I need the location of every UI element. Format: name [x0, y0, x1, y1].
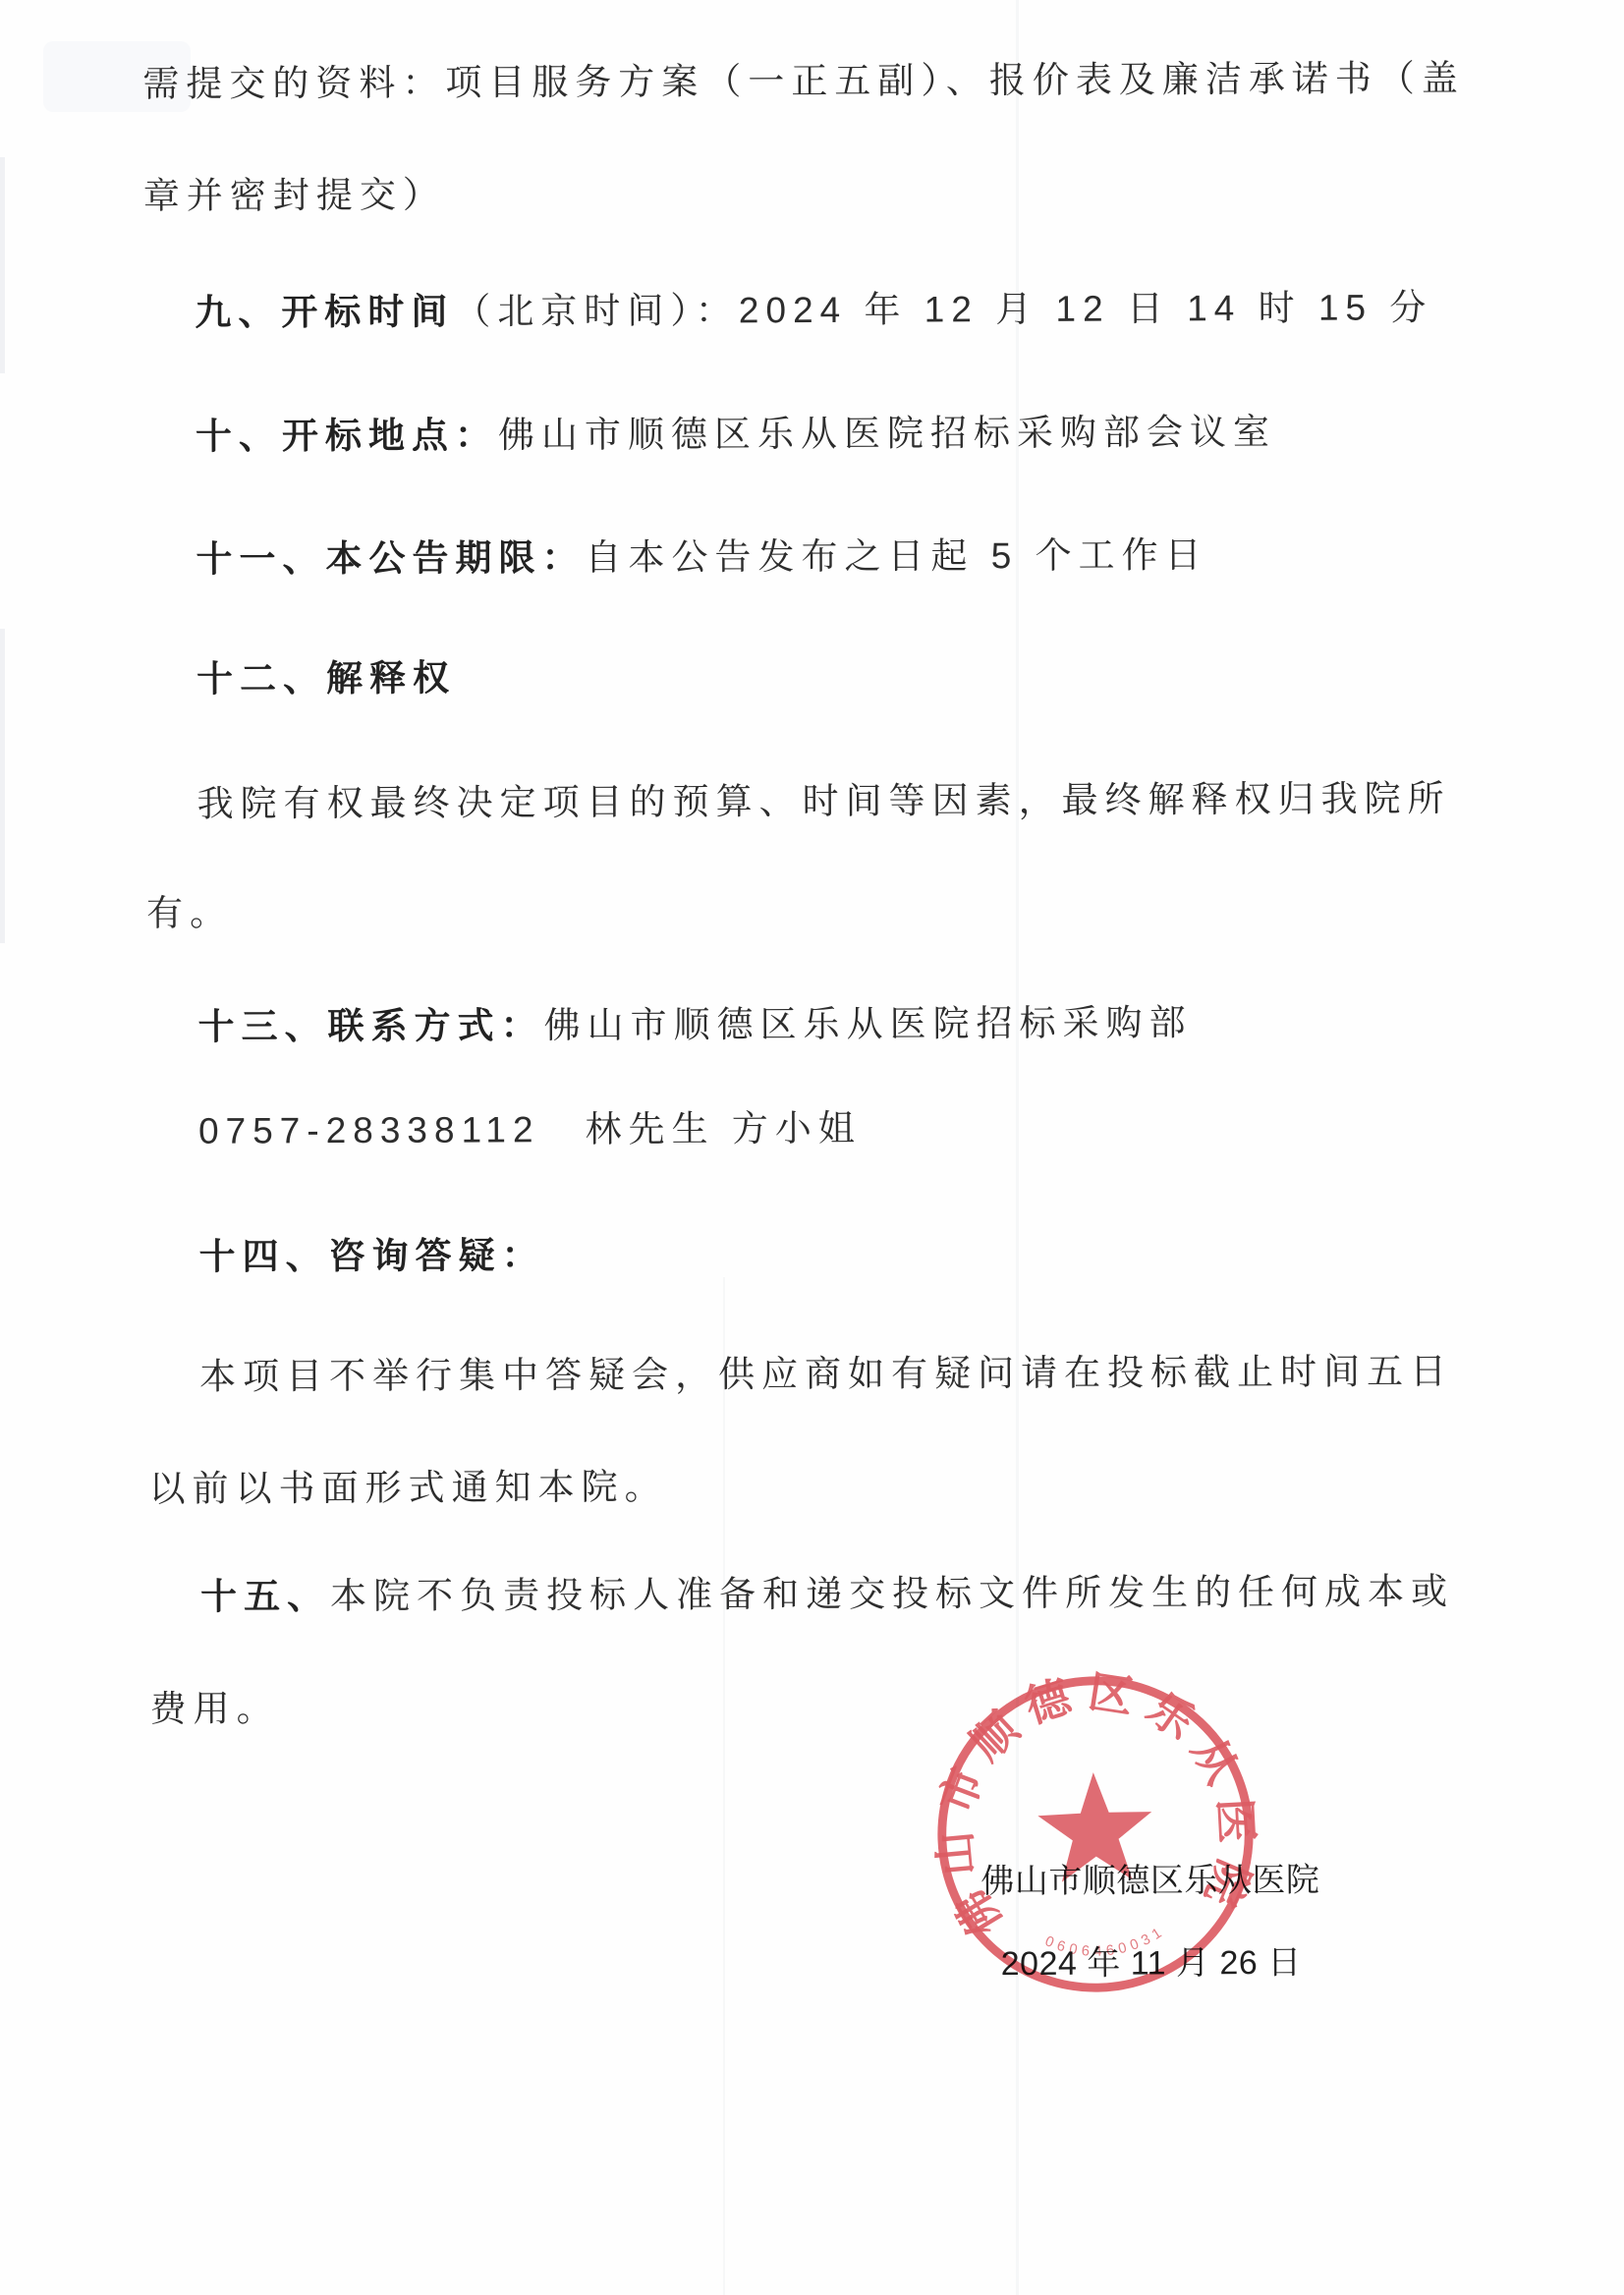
section-14-label: 十四、咨询答疑：	[198, 1235, 544, 1277]
section-10-value: 佛山市顺德区乐从医院招标采购部会议室	[498, 412, 1276, 455]
section-9-label: 九、开标时间	[195, 292, 454, 333]
section-13-contact-info: 十三、联系方式：佛山市顺德区乐从医院招标采购部	[197, 1002, 1192, 1048]
section-14-body-line-2: 以前以书面形式通知本院。	[149, 1467, 668, 1511]
section-12-body-line-1: 我院有权最终决定项目的预算、时间等因素，最终解释权归我院所	[196, 778, 1450, 825]
section-14-body-line-1: 本项目不举行集中答疑会，供应商如有疑问请在投标截止时间五日	[199, 1351, 1453, 1398]
section-15-label: 十五、	[200, 1576, 330, 1617]
section-12-label: 十二、解释权	[196, 658, 456, 700]
intro-line-1: 需提交的资料：项目服务方案（一正五副）、报价表及廉洁承诺书（盖	[142, 58, 1465, 105]
section-11-label: 十一、本公告期限：	[196, 537, 585, 580]
section-15-body-line-2: 费用。	[149, 1688, 279, 1730]
section-9-value: 2024 年 12 月 12 日 14 时 15 分	[739, 287, 1433, 330]
section-11-value: 自本公告发布之日起 5 个工作日	[585, 534, 1207, 578]
official-seal-stamp: 佛山市顺德区乐从医院 0606460031	[925, 1664, 1264, 2003]
scanned-document-page: 需提交的资料：项目服务方案（一正五副）、报价表及廉洁承诺书（盖 章并密封提交） …	[0, 0, 1624, 2295]
seal-star-icon	[1036, 1770, 1154, 1882]
section-12-interpretation-right: 十二、解释权	[196, 658, 456, 701]
intro-line-2: 章并密封提交）	[143, 175, 446, 218]
section-13-label: 十三、联系方式：	[197, 1005, 543, 1047]
section-13-value: 佛山市顺德区乐从医院招标采购部	[543, 1002, 1192, 1045]
section-15-body-line-1: 本院不负责投标人准备和递交投标文件所发生的任何成本或	[330, 1571, 1454, 1616]
section-9-bid-opening-time: 九、开标时间（北京时间）：2024 年 12 月 12 日 14 时 15 分	[195, 287, 1432, 334]
section-15-cost-disclaimer: 十五、本院不负责投标人准备和递交投标文件所发生的任何成本或	[200, 1571, 1454, 1618]
phone-number: 0757-28338112	[198, 1109, 540, 1151]
section-14-inquiry: 十四、咨询答疑：	[198, 1235, 544, 1278]
section-10-bid-opening-place: 十、开标地点：佛山市顺德区乐从医院招标采购部会议室	[196, 412, 1276, 458]
seal-serial-number: 0606460031	[1041, 1923, 1169, 1962]
contact-phone-line: 0757-28338112林先生 方小姐	[198, 1108, 862, 1152]
section-11-notice-period: 十一、本公告期限：自本公告发布之日起 5 个工作日	[196, 534, 1207, 581]
contact-persons: 林先生 方小姐	[585, 1108, 861, 1149]
section-9-paren: （北京时间）：	[454, 290, 739, 331]
document-content: 需提交的资料：项目服务方案（一正五副）、报价表及廉洁承诺书（盖 章并密封提交） …	[0, 0, 1624, 2295]
section-10-label: 十、开标地点：	[196, 415, 498, 456]
section-12-body-line-2: 有。	[146, 893, 233, 935]
